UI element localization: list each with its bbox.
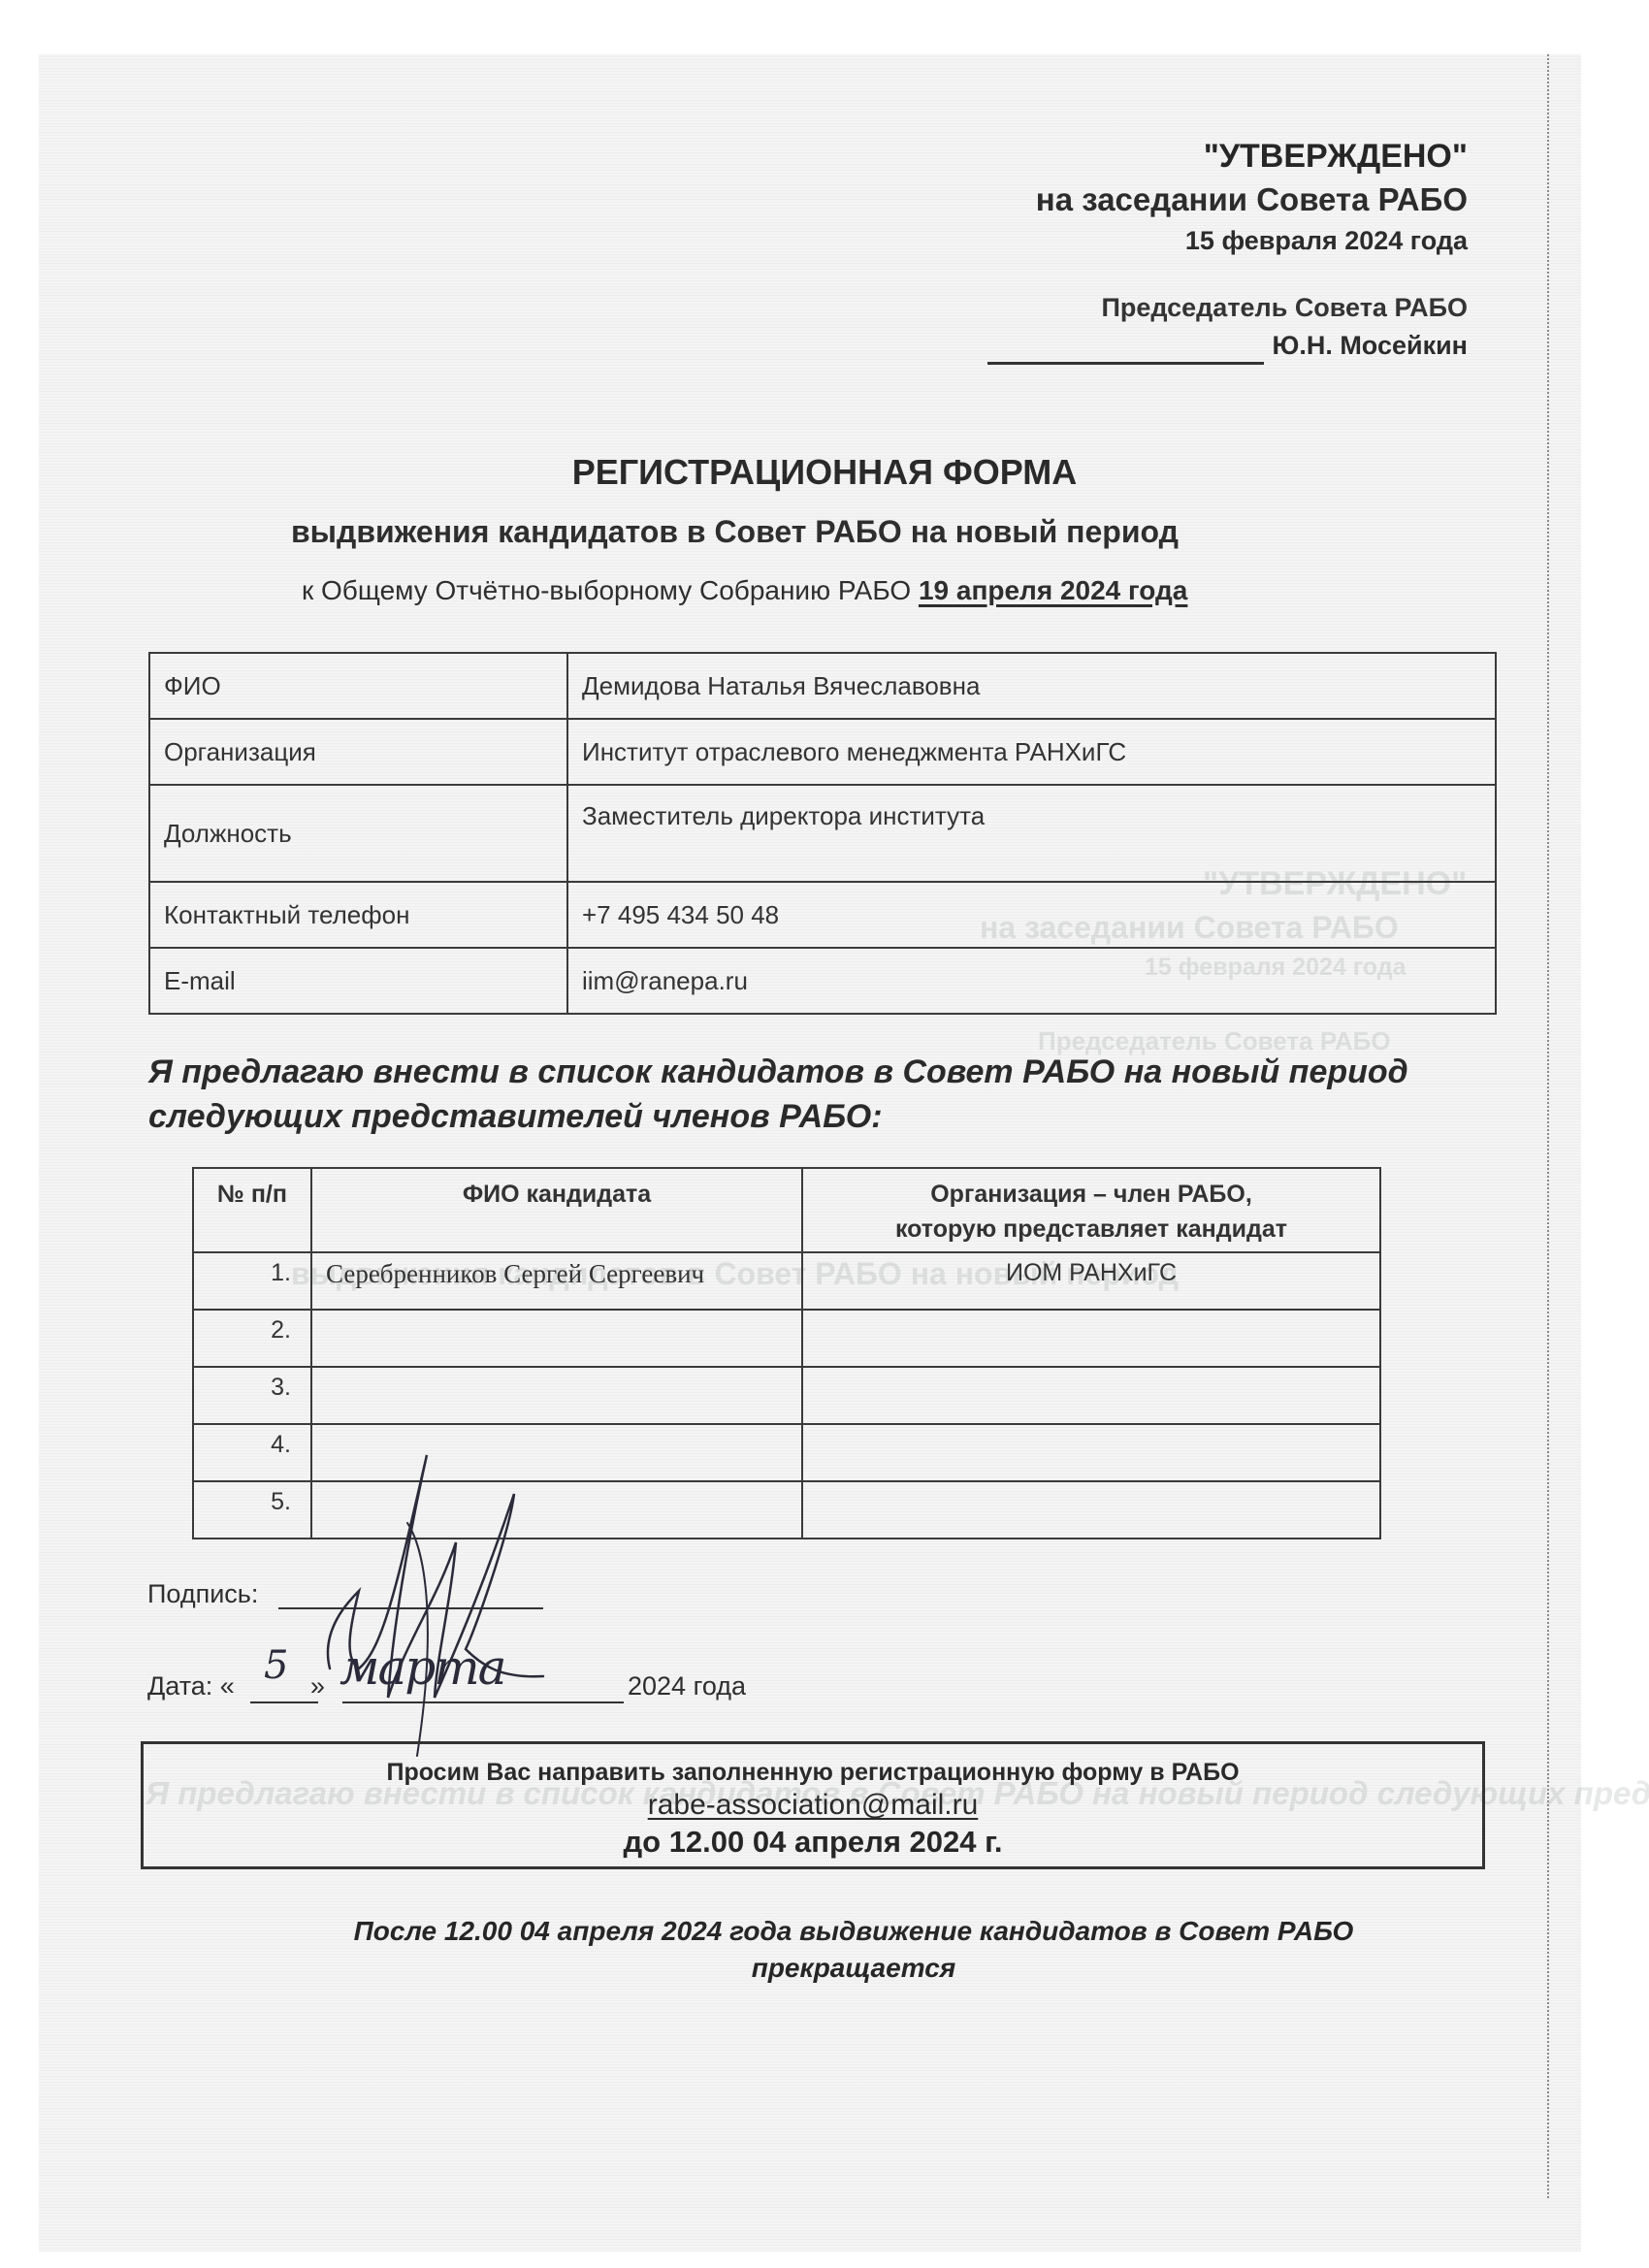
candidate-org[interactable] (802, 1367, 1380, 1424)
approval-stamp: "УТВЕРЖДЕНО" (987, 134, 1468, 178)
info-value[interactable]: iim@ranepa.ru (567, 948, 1496, 1014)
notice-email-link[interactable]: rabe-association@mail.ru (144, 1787, 1482, 1824)
handwritten-signature (291, 1436, 582, 1766)
nominator-info-table: ФИОДемидова Наталья ВячеславовнаОрганиза… (148, 652, 1497, 1015)
proposal-statement: Я предлагаю внести в список кандидатов в… (148, 1050, 1458, 1139)
form-subtitle: выдвижения кандидатов в Совет РАБО на но… (291, 514, 1179, 550)
info-label: Должность (149, 785, 567, 882)
info-label: Контактный телефон (149, 882, 567, 948)
candidate-org[interactable] (802, 1481, 1380, 1539)
closing-text: После 12.00 04 апреля 2024 года выдвижен… (194, 1913, 1455, 1987)
closing-statement: После 12.00 04 апреля 2024 года выдвижен… (0, 1913, 1649, 1987)
chair-title: Председатель Совета РАБО (987, 289, 1468, 326)
form-title: РЕГИСТРАЦИОННАЯ ФОРМА (0, 452, 1649, 493)
scan-edge-divider (1547, 54, 1549, 2198)
date-year: 2024 года (628, 1671, 746, 1701)
candidate-row: 3. (193, 1367, 1380, 1424)
header-number: № п/п (193, 1168, 311, 1252)
info-value[interactable]: Демидова Наталья Вячеславовна (567, 653, 1496, 719)
info-row: ОрганизацияИнститут отраслевого менеджме… (149, 719, 1496, 785)
candidate-name[interactable]: Серебренников Сергей Сергеевич (311, 1252, 802, 1310)
candidate-org[interactable] (802, 1310, 1380, 1367)
chair-signature-row: Ю.Н. Мосейкин (987, 326, 1468, 365)
candidate-num: 2. (193, 1310, 311, 1367)
info-value[interactable]: Заместитель директора института (567, 785, 1496, 882)
info-value[interactable]: Институт отраслевого менеджмента РАНХиГС (567, 719, 1496, 785)
info-row: E-mailiim@ranepa.ru (149, 948, 1496, 1014)
candidate-name[interactable] (311, 1367, 802, 1424)
date-open-quote: Дата: « (147, 1671, 235, 1701)
info-label: E-mail (149, 948, 567, 1014)
candidate-num: 3. (193, 1367, 311, 1424)
notice-deadline: до 12.00 04 апреля 2024 г. (144, 1824, 1482, 1861)
chair-name: Ю.Н. Мосейкин (1272, 326, 1468, 365)
form-assembly-line: к Общему Отчётно-выборному Собранию РАБО… (302, 575, 1187, 606)
approval-block: "УТВЕРЖДЕНО" на заседании Совета РАБО 15… (987, 134, 1468, 365)
submission-notice-box: Просим Вас направить заполненную регистр… (141, 1741, 1485, 1869)
candidate-org[interactable]: ИОМ РАНХиГС (802, 1252, 1380, 1310)
candidate-num: 1. (193, 1252, 311, 1310)
candidate-org[interactable] (802, 1424, 1380, 1481)
info-row: ДолжностьЗаместитель директора института (149, 785, 1496, 882)
candidate-row: 2. (193, 1310, 1380, 1367)
info-row: ФИОДемидова Наталья Вячеславовна (149, 653, 1496, 719)
assembly-prefix: к Общему Отчётно-выборному Собранию РАБО (302, 575, 919, 605)
header-organization-line2: которую представляет кандидат (804, 1212, 1378, 1247)
info-value[interactable]: +7 495 434 50 48 (567, 882, 1496, 948)
chair-signature-line (987, 335, 1264, 365)
candidate-row: 1.Серебренников Сергей СергеевичИОМ РАНХ… (193, 1252, 1380, 1310)
info-label: ФИО (149, 653, 567, 719)
candidate-name[interactable] (311, 1310, 802, 1367)
handwritten-day: 5 (264, 1643, 288, 1688)
assembly-date: 19 апреля 2024 года (919, 575, 1187, 605)
signature-label: Подпись: (147, 1579, 258, 1609)
info-label: Организация (149, 719, 567, 785)
info-row: Контактный телефон+7 495 434 50 48 (149, 882, 1496, 948)
header-organization: Организация – член РАБО, которую предста… (802, 1168, 1380, 1252)
notice-instruction: Просим Вас направить заполненную регистр… (144, 1758, 1482, 1787)
header-organization-line1: Организация – член РАБО, (804, 1177, 1378, 1212)
approval-date: 15 февраля 2024 года (987, 221, 1468, 260)
header-candidate-name: ФИО кандидата (311, 1168, 802, 1252)
approval-meeting: на заседании Совета РАБО (987, 178, 1468, 221)
